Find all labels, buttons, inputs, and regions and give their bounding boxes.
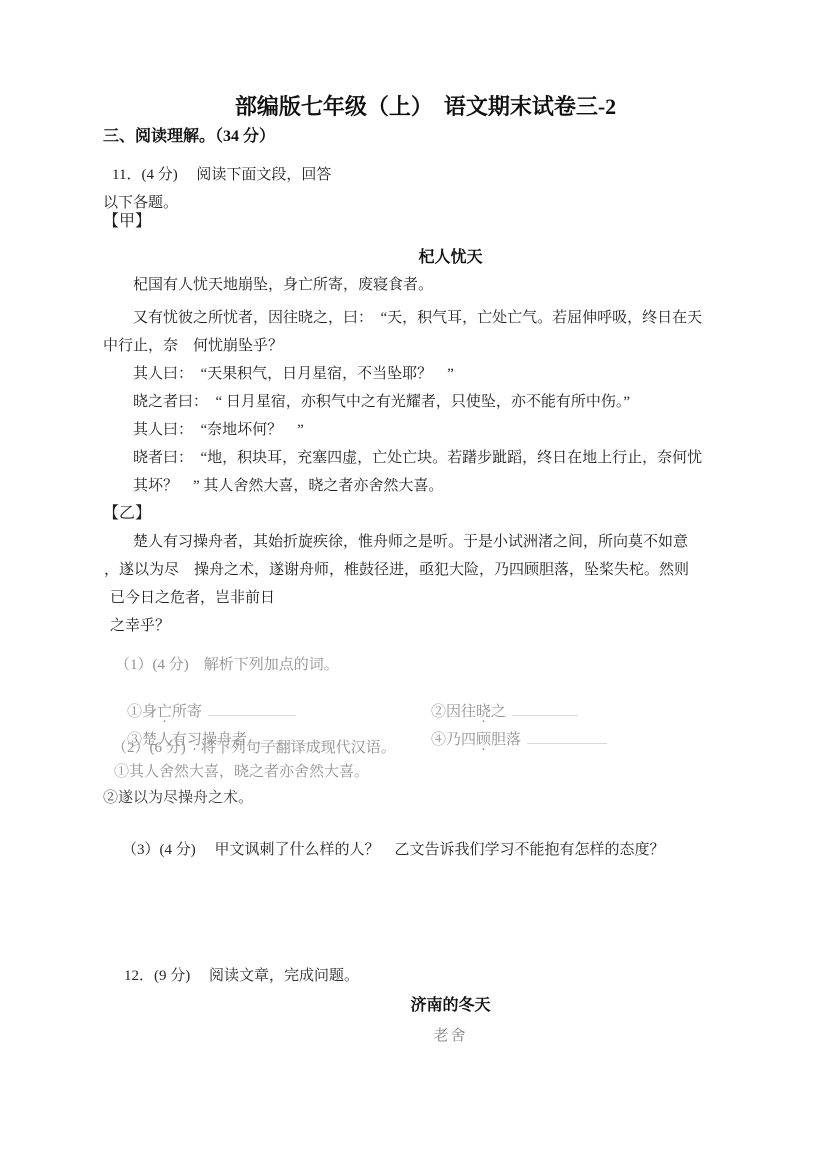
passage-line: 又有忧彼之所忧者，因往晓之，曰： “天，积气耳，亡处亡气。若屈伸呼吸，终日在天: [133, 308, 702, 328]
translation-sentence-2: ②遂以为尽操舟之术。: [103, 788, 253, 808]
essay-author: 老舍: [37, 1026, 827, 1046]
passage-line: 其人曰： “天果积气，日月星宿，不当坠耶？ ”: [133, 364, 454, 384]
passage-jia-title: 杞人忧天: [37, 248, 827, 268]
exam-title: 部编版七年级（上） 语文期末试卷三-2: [12, 94, 827, 120]
word-item-text: 胆落: [491, 732, 521, 748]
emphasized-char: 顾: [476, 730, 491, 750]
passage-line: ，遂以为尽 操舟之术，遂谢舟师，椎鼓径进，亟犯大险，乃四顾胆落，坠桨失柁。然则: [104, 560, 689, 580]
sub-question-2-prompt: （2）(6 分) 将下列句子翻译成现代汉语。: [112, 738, 396, 758]
sub-question-3-prompt: （3）(4 分) 甲文讽刺了什么样的人？ 乙文告诉我们学习不能抱有怎样的态度？: [122, 840, 665, 860]
passage-line: 其坏？ ” 其人舍然大喜，晓之者亦舍然大喜。: [133, 476, 443, 496]
translation-sentence-1: ①其人舍然大喜，晓之者亦舍然大喜。: [114, 762, 369, 782]
document-page: 部编版七年级（上） 语文期末试卷三-2 三、阅读理解。（34 分） 11．(4 …: [0, 0, 827, 1169]
passage-line: 已今日之危者，岂非前日: [110, 588, 275, 608]
question-12-intro: 12．(9 分) 阅读文章，完成问题。: [124, 966, 359, 986]
passage-line: 晓之者曰： “ 日月星宿，亦积气中之有光耀者，只使坠，亦不能有所中伤。”: [133, 392, 630, 412]
word-item-4: ④乃四顾胆落: [416, 710, 607, 770]
essay-title: 济南的冬天: [37, 996, 827, 1016]
passage-line: 楚人有习操舟者，其始折旋疾徐，惟舟师之是听。于是小试洲渚之间，所向莫不如意: [133, 532, 688, 552]
question-11-intro-line1: 11．(4 分) 阅读下面文段，回答: [112, 165, 331, 185]
section-heading: 三、阅读理解。（34 分）: [103, 127, 275, 147]
passage-line: 晓者曰： “地，积块耳，充塞四虚，亡处亡块。若躇步跐蹈，终日在地上行止，奈何忧: [133, 448, 702, 468]
passage-yi-label: 【乙】: [103, 504, 151, 524]
sub-question-1-prompt: （1）(4 分) 解析下列加点的词。: [115, 655, 339, 675]
passage-jia-label: 【甲】: [103, 212, 151, 232]
passage-line: 中行止，奈 何忧崩坠乎？: [103, 336, 283, 356]
passage-line: 其人曰： “奈地坏何？ ”: [133, 420, 304, 440]
question-11-intro-line2: 以下各题。: [103, 193, 178, 213]
passage-line: 杞国有人忧天地崩坠，身亡所寄，废寝食者。: [133, 275, 433, 295]
answer-blank: [527, 730, 607, 744]
word-item-text: ④乃四: [431, 732, 476, 748]
passage-line: 之幸乎？: [110, 616, 170, 636]
